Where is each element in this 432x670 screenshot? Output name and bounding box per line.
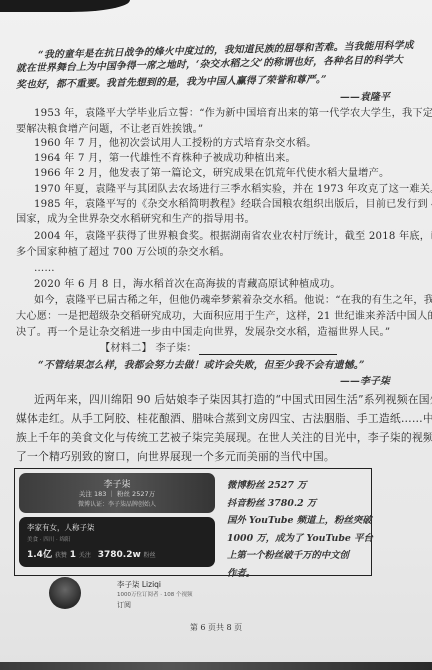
douyin-bio: 李家有女，人称子柒 xyxy=(27,522,95,533)
material2-quote: “不管结果怎么样，我都会努力去做！或许会失败，但至少我不会有遗憾。” xyxy=(38,359,365,372)
douyin-sub: 美食 · 四川 · 绵阳 xyxy=(27,535,71,543)
douyin-fans-num: 3780.2w xyxy=(98,550,141,560)
weibo-stats: 关注 183 ｜ 粉丝 2527万 xyxy=(19,489,215,498)
stat-youtube-1: 国外 YouTube 频道上，粉丝突破 xyxy=(227,512,367,530)
timeline-line: 决了。再一个是让杂交稻进一步由中国走向世界，发展杂交水稻，造福世界人民。” xyxy=(16,326,390,339)
material2-para-line: 近两年来，四川绵阳 90 后姑娘李子柒因其打造的“中国式田园生活”系列视频在国外 xyxy=(34,393,432,406)
timeline-line: 多个国家种植了超过 700 万公顷的杂交水稻。 xyxy=(16,246,230,259)
material2-heading: 【材料二】 李子柒： xyxy=(100,342,337,355)
timeline-line: 国家，成为全世界杂交水稻研究和生产的指导用书。 xyxy=(16,213,255,226)
youtube-avatar xyxy=(49,577,81,609)
douyin-follow-num: 1 xyxy=(70,550,76,560)
timeline-line: 1964 年 7 月，第一代雄性不育株种子被成功种植出来。 xyxy=(34,152,296,165)
stat-weibo: 微博粉丝 2527 万 xyxy=(227,477,367,495)
timeline-line: 1985 年，袁隆平写的《杂交水稻简明教程》经联合国粮农组织出版后，目前已发行到… xyxy=(34,198,432,211)
timeline-line: 1966 年 2 月，他发表了第一篇论文，研究成果在饥荒年代使水稻大量增产。 xyxy=(34,167,389,180)
material2-author: ——李子柒 xyxy=(340,375,390,388)
douyin-fans-label: 粉丝 xyxy=(144,552,156,559)
stat-youtube-2: 1000 万，成为了 YouTube 平台 xyxy=(227,530,367,548)
timeline-line: 1970 年夏，袁隆平与其团队去农场进行三季水稻实验，并在 1973 年攻克了这… xyxy=(34,183,432,196)
timeline-line: 1953 年，袁隆平大学毕业后立誓：“作为新中国培育出来的第一代学农大学生，我下… xyxy=(34,107,432,120)
douyin-likes-label: 获赞 xyxy=(55,552,67,559)
fan-stats: 微博粉丝 2527 万 抖音粉丝 3780.2 万 国外 YouTube 频道上… xyxy=(227,477,367,582)
quote1-author: ——袁隆平 xyxy=(340,91,390,104)
photo-shadow xyxy=(0,0,130,12)
timeline-line: 要解决粮食增产问题，不让老百姓挨饿。” xyxy=(16,123,203,136)
timeline-line: 2004 年，袁隆平获得了世界粮食奖。根据湖南省农业农村厅统计，截至 2018 … xyxy=(34,230,432,243)
stat-douyin: 抖音粉丝 3780.2 万 xyxy=(227,495,367,513)
weibo-card: 李子柒 关注 183 ｜ 粉丝 2527万 微博认证：李子柒品牌创始人 xyxy=(19,473,215,513)
material2-para-line: 媒体走红。从手工阿胶、桂花酿酒、腊味合蒸到文房四宝、古法胭脂、手工造纸……中华民 xyxy=(16,412,432,425)
weibo-verify: 微博认证：李子柒品牌创始人 xyxy=(19,499,215,508)
exam-page: “我的童年是在抗日战争的烽火中度过的，我知道民族的屈辱和苦难。当我能用科学成 就… xyxy=(0,0,432,670)
photo-edge xyxy=(0,662,432,670)
timeline-line: 2020 年 6 月 8 日，海水稻首次在高海拔的青藏高原试种植成功。 xyxy=(34,278,341,291)
material2-para-line: 了一个精巧别致的窗口，向世界展现一个多元而美丽的当代中国。 xyxy=(16,450,335,463)
stat-youtube-4: 作者。 xyxy=(227,565,367,583)
stat-youtube-3: 上第一个粉丝破千万的中文创 xyxy=(227,547,367,565)
answer-blank[interactable] xyxy=(199,344,337,355)
material2-para-line: 族上千年的美食文化与传统工艺被子柒完美展现。在世人关注的目光中，李子柒的视频打开 xyxy=(16,431,432,444)
material2-label: 【材料二】 李子柒： xyxy=(100,343,197,354)
douyin-stats: 1.4亿 获赞 1 关注 3780.2w 粉丝 xyxy=(27,547,156,560)
youtube-subscribe-button[interactable]: 订阅 xyxy=(117,600,131,610)
douyin-card: 李家有女，人称子柒 美食 · 四川 · 绵阳 1.4亿 获赞 1 关注 3780… xyxy=(19,517,215,567)
douyin-follow-label: 关注 xyxy=(79,552,91,559)
timeline-line: …… xyxy=(34,262,55,275)
douyin-likes-num: 1.4亿 xyxy=(27,550,52,560)
quote1-line-3: 奖也好，都不重要。我首先想到的是，我为中国人赢得了荣誉和尊严。” xyxy=(16,73,327,91)
timeline-line: 如今，袁隆平已届古稀之年，但他仍魂牵梦萦着杂交水稻。他说：“在我的有生之年，我还… xyxy=(34,294,432,307)
social-media-figure: 李子柒 关注 183 ｜ 粉丝 2527万 微博认证：李子柒品牌创始人 李家有女… xyxy=(14,468,372,576)
youtube-channel-name: 李子柒 Liziqi xyxy=(117,579,161,590)
youtube-channel-stats: 1000万位订阅者 · 108 个视频 xyxy=(117,590,193,598)
timeline-line: 大心愿：一是把超级杂交稻研究成功，大面积应用于生产，这样，21 世纪谁来养活中国… xyxy=(16,310,432,323)
timeline-line: 1960 年 7 月，他初次尝试用人工授粉的方式培育杂交水稻。 xyxy=(34,137,317,150)
page-number: 第 6 页共 8 页 xyxy=(0,622,432,633)
